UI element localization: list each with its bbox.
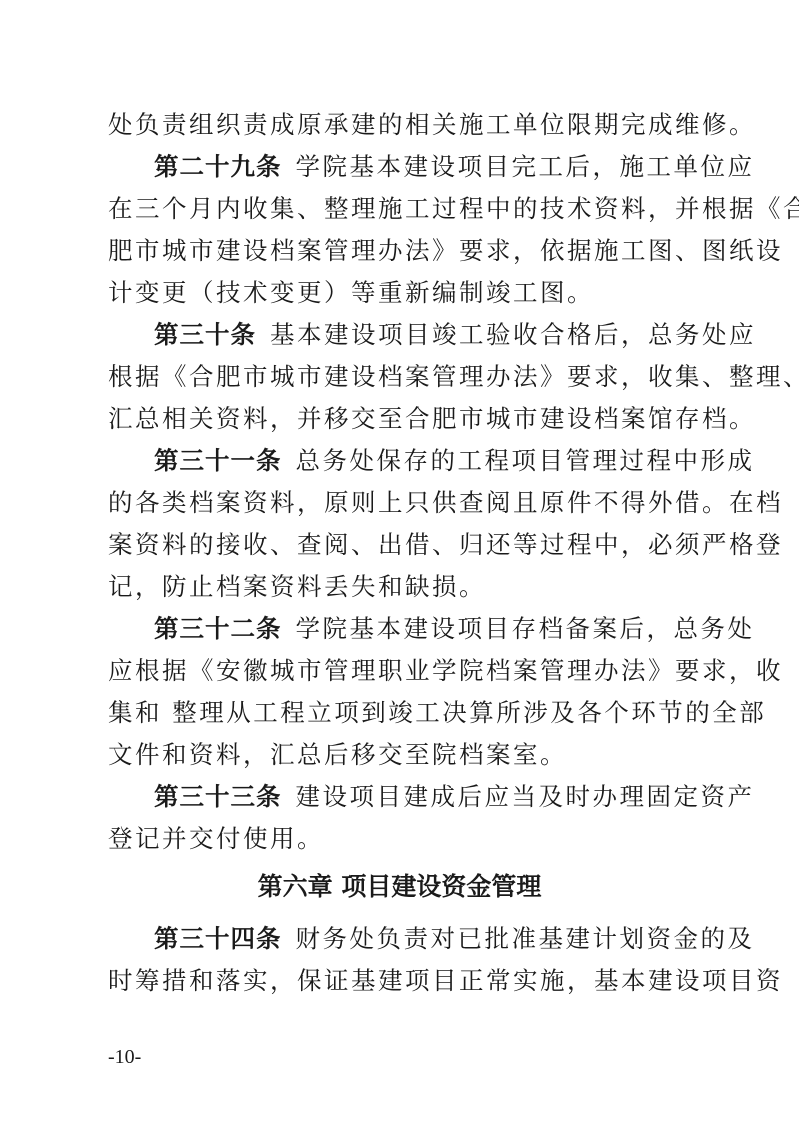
line-text: 文件和资料，汇总后移交至院档案室。 (108, 740, 567, 769)
article-number: 第二十九条 (154, 152, 282, 181)
line-text: 登记并交付使用。 (108, 824, 324, 853)
paragraph-line: 在三个月内收集、整理施工过程中的技术资料，并根据《合 (108, 188, 692, 230)
article-29: 第二十九条学院基本建设项目完工后，施工单位应 (108, 146, 692, 188)
line-text: 案资料的接收、查阅、出借、归还等过程中，必须严格登 (108, 530, 783, 559)
line-text: 根据《合肥市城市建设档案管理办法》要求，收集、整理、 (108, 362, 799, 391)
line-text: 学院基本建设项目存档备案后，总务处 (296, 614, 755, 643)
line-text: 汇总相关资料，并移交至合肥市城市建设档案馆存档。 (108, 404, 756, 433)
line-text: 应根据《安徽城市管理职业学院档案管理办法》要求，收 (108, 656, 783, 685)
article-number: 第三十二条 (154, 614, 282, 643)
paragraph-line: 记，防止档案资料丢失和缺损。 (108, 566, 692, 608)
line-text: 计变更（技术变更）等重新编制竣工图。 (108, 278, 594, 307)
paragraph-line: 案资料的接收、查阅、出借、归还等过程中，必须严格登 (108, 524, 692, 566)
article-34: 第三十四条财务处负责对已批准基建计划资金的及 (108, 918, 692, 960)
page-number: -10- (108, 1046, 141, 1069)
line-text: 在三个月内收集、整理施工过程中的技术资料，并根据《合 (108, 194, 799, 223)
paragraph-line: 的各类档案资料，原则上只供查阅且原件不得外借。在档 (108, 482, 692, 524)
line-text: 时筹措和落实，保证基建项目正常实施，基本建设项目资 (108, 966, 783, 995)
article-30: 第三十条基本建设项目竣工验收合格后，总务处应 (108, 314, 692, 356)
paragraph-line: 肥市城市建设档案管理办法》要求，依据施工图、图纸设 (108, 230, 692, 272)
chapter-title: 第六章 项目建设资金管理 (0, 866, 799, 908)
paragraph-line: 汇总相关资料，并移交至合肥市城市建设档案馆存档。 (108, 398, 692, 440)
paragraph-line: 根据《合肥市城市建设档案管理办法》要求，收集、整理、 (108, 356, 692, 398)
paragraph-line: 时筹措和落实，保证基建项目正常实施，基本建设项目资 (108, 960, 692, 1002)
document-page: 处负责组织责成原承建的相关施工单位限期完成维修。 第二十九条学院基本建设项目完工… (0, 0, 799, 1131)
paragraph-line: 处负责组织责成原承建的相关施工单位限期完成维修。 (108, 104, 692, 146)
line-text: 财务处负责对已批准基建计划资金的及 (296, 924, 755, 953)
line-text: 的各类档案资料，原则上只供查阅且原件不得外借。在档 (108, 488, 783, 517)
article-number: 第三十三条 (154, 782, 282, 811)
article-31: 第三十一条总务处保存的工程项目管理过程中形成 (108, 440, 692, 482)
paragraph-line: 应根据《安徽城市管理职业学院档案管理办法》要求，收 (108, 650, 692, 692)
line-text: 总务处保存的工程项目管理过程中形成 (296, 446, 755, 475)
article-number: 第三十条 (154, 320, 256, 349)
paragraph-line: 计变更（技术变更）等重新编制竣工图。 (108, 272, 692, 314)
paragraph-line: 文件和资料，汇总后移交至院档案室。 (108, 734, 692, 776)
article-number: 第三十四条 (154, 924, 282, 953)
article-33: 第三十三条建设项目建成后应当及时办理固定资产 (108, 776, 692, 818)
line-text: 处负责组织责成原承建的相关施工单位限期完成维修。 (108, 110, 756, 139)
line-text: 记，防止档案资料丢失和缺损。 (108, 572, 486, 601)
article-number: 第三十一条 (154, 446, 282, 475)
article-32: 第三十二条学院基本建设项目存档备案后，总务处 (108, 608, 692, 650)
line-text: 建设项目建成后应当及时办理固定资产 (296, 782, 755, 811)
paragraph-line: 集和 整理从工程立项到竣工决算所涉及各个环节的全部 (108, 692, 692, 734)
paragraph-line: 登记并交付使用。 (108, 818, 692, 860)
line-text: 学院基本建设项目完工后，施工单位应 (296, 152, 755, 181)
line-text: 基本建设项目竣工验收合格后，总务处应 (270, 320, 756, 349)
line-text: 集和 整理从工程立项到竣工决算所涉及各个环节的全部 (108, 698, 766, 727)
line-text: 肥市城市建设档案管理办法》要求，依据施工图、图纸设 (108, 236, 783, 265)
